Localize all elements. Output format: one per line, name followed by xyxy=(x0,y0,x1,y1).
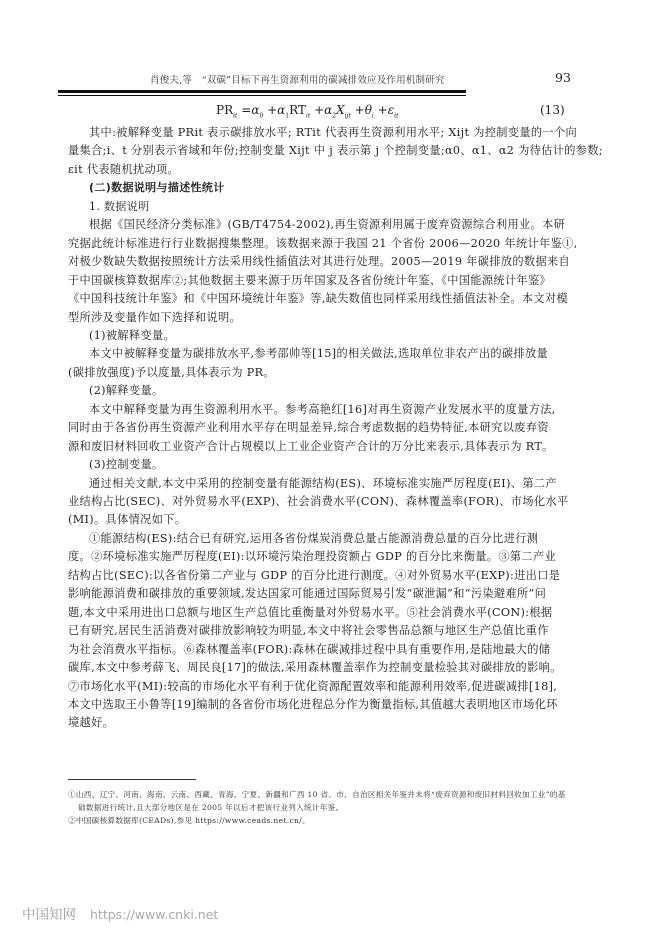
text-line: 题,本文中采用进出口总额与地区生产总值比重衡量对外贸易水平。⑤社会消费水平(CO… xyxy=(68,604,595,622)
text-line: 碳库,本文中参考薛飞、周民良[17]的做法,采用森林覆盖率作为控制变量检验其对碳… xyxy=(68,659,595,677)
text-line: 结构占比(SEC):以各省份第二产业与 GDP 的百分比进行测度。④对外贸易水平… xyxy=(68,567,595,585)
text-line: 于中国碳核算数据库②;其他数据主要来源于历年国家及各省份统计年鉴、《中国能源统计… xyxy=(68,272,595,290)
text-line: 《中国科技统计年鉴》和《中国环境统计年鉴》等,缺失数值也同样采用线性插值法补全。… xyxy=(68,290,595,308)
watermark-brand: 中国知网 xyxy=(22,907,76,923)
equation-body: PRit =α0 +α1RTit +α2Xijt +θi +εit xyxy=(216,103,399,119)
text-line: (碳排放强度)予以度量,具体表示为 PR。 xyxy=(68,364,595,382)
text-line: 其中:被解释变量 PRit 表示碳排放水平; RTit 代表再生资源利用水平; … xyxy=(89,124,616,142)
text-line: ①能源结构(ES):结合已有研究,运用各省份煤炭消费总量占能源消费总量的百分比进… xyxy=(89,530,616,548)
running-head: 肖俊夫,等 “双碳”目标下再生资源利用的碳减排效应及作用机制研究 93 xyxy=(0,72,662,88)
text-line: 度。②环境标准实施严厉程度(EI):以环境污染治理投资额占 GDP 的百分比来衡… xyxy=(68,548,595,566)
cnki-watermark: 中国知网https://www.cnki.net xyxy=(22,903,218,923)
footnote-line: ②中国碳核算数据库(CEADs),参见 https://www.ceads.ne… xyxy=(68,815,310,827)
text-line: 业结构占比(SEC)、对外贸易水平(EXP)、社会消费水平(CON)、森林覆盖率… xyxy=(68,493,595,511)
equation-number: (13) xyxy=(540,103,565,117)
section-heading: (二)数据说明与描述性统计 xyxy=(89,179,616,197)
header-rule-thin xyxy=(58,95,466,96)
footnote-rule xyxy=(68,779,196,780)
text-line: 已有研究,居民生活消费对碳排放影响较为明显,本文中将社会零售品总额与地区生产总值… xyxy=(68,622,595,640)
text-line: 根据《国民经济分类标准》(GB/T4754-2002),再生资源利用属于废弃资源… xyxy=(89,216,616,234)
text-line: 型所涉及变量作如下选择和说明。 xyxy=(68,309,595,327)
text-line: 本文中选取王小鲁等[19]编制的各省份市场化进程总分作为衡量指标,其值越大表明地… xyxy=(68,696,595,714)
text-line: εit 代表随机扰动项。 xyxy=(68,161,595,179)
text-line: 同时由于各省份再生资源产业利用水平存在明显差异,综合考虑数据的趋势特征,本研究以… xyxy=(68,419,595,437)
text-line: 量集合;i、t 分别表示省域和年份;控制变量 Xijt 中 j 表示第 j 个控… xyxy=(68,142,595,160)
text-line: (MI)。具体情况如下。 xyxy=(68,511,595,529)
text-line: 为社会消费水平指标。⑥森林覆盖率(FOR):森林在碳减排过程中具有重要作用,是陆… xyxy=(68,641,595,659)
footnote-line: 础数据进行统计,且大部分地区是在 2005 年以后才把该行业列入统计年鉴。 xyxy=(78,802,343,814)
header-rule-thick xyxy=(58,90,466,93)
page-number: 93 xyxy=(555,70,571,85)
text-line: (1)被解释变量。 xyxy=(89,327,616,345)
watermark-url: https://www.cnki.net xyxy=(90,907,218,922)
footnote-line: ①山西、辽宁、河南、海南、云南、西藏、青海、宁夏、新疆和广西 10 省、市、自治… xyxy=(68,789,566,801)
equation-13: PRit =α0 +α1RTit +α2Xijt +θi +εit (13) xyxy=(0,103,662,121)
text-line: 本文中解释变量为再生资源利用水平。参考高艳红[16]对再生资源产业发展水平的度量… xyxy=(89,401,616,419)
running-head-title: 肖俊夫,等 “双碳”目标下再生资源利用的碳减排效应及作用机制研究 xyxy=(150,72,445,86)
text-line: 通过相关文献,本文中采用的控制变量有能源结构(ES)、环境标准实施严厉程度(EI… xyxy=(89,475,616,493)
text-line: (2)解释变量。 xyxy=(89,382,616,400)
paper-page: 肖俊夫,等 “双碳”目标下再生资源利用的碳减排效应及作用机制研究 93 PRit… xyxy=(0,0,662,936)
subsection-heading: 1. 数据说明 xyxy=(89,198,616,216)
text-line: 对极少数缺失数据按照统计方法采用线性插值法对其进行处理。2005—2019 年碳… xyxy=(68,253,595,271)
text-line: 境越好。 xyxy=(68,714,595,732)
text-line: 本文中被解释变量为碳排放水平,参考邵帅等[15]的相关做法,选取单位非农产出的碳… xyxy=(89,345,616,363)
text-line: 影响能源消费和碳排放的重要领域,发达国家可能通过国际贸易引发“碳泄漏”和“污染避… xyxy=(68,585,595,603)
text-line: ⑦市场化水平(MI):较高的市场化水平有利于优化资源配置效率和能源利用效率,促进… xyxy=(68,678,595,696)
text-line: 究据此统计标准进行行业数据搜集整理。该数据来源于我国 21 个省份 2006—2… xyxy=(68,235,595,253)
text-line: (3)控制变量。 xyxy=(89,456,616,474)
text-line: 源和废旧材料回收工业资产合计占规模以上工业企业资产合计的万分比来表示,具体表示为… xyxy=(68,438,595,456)
